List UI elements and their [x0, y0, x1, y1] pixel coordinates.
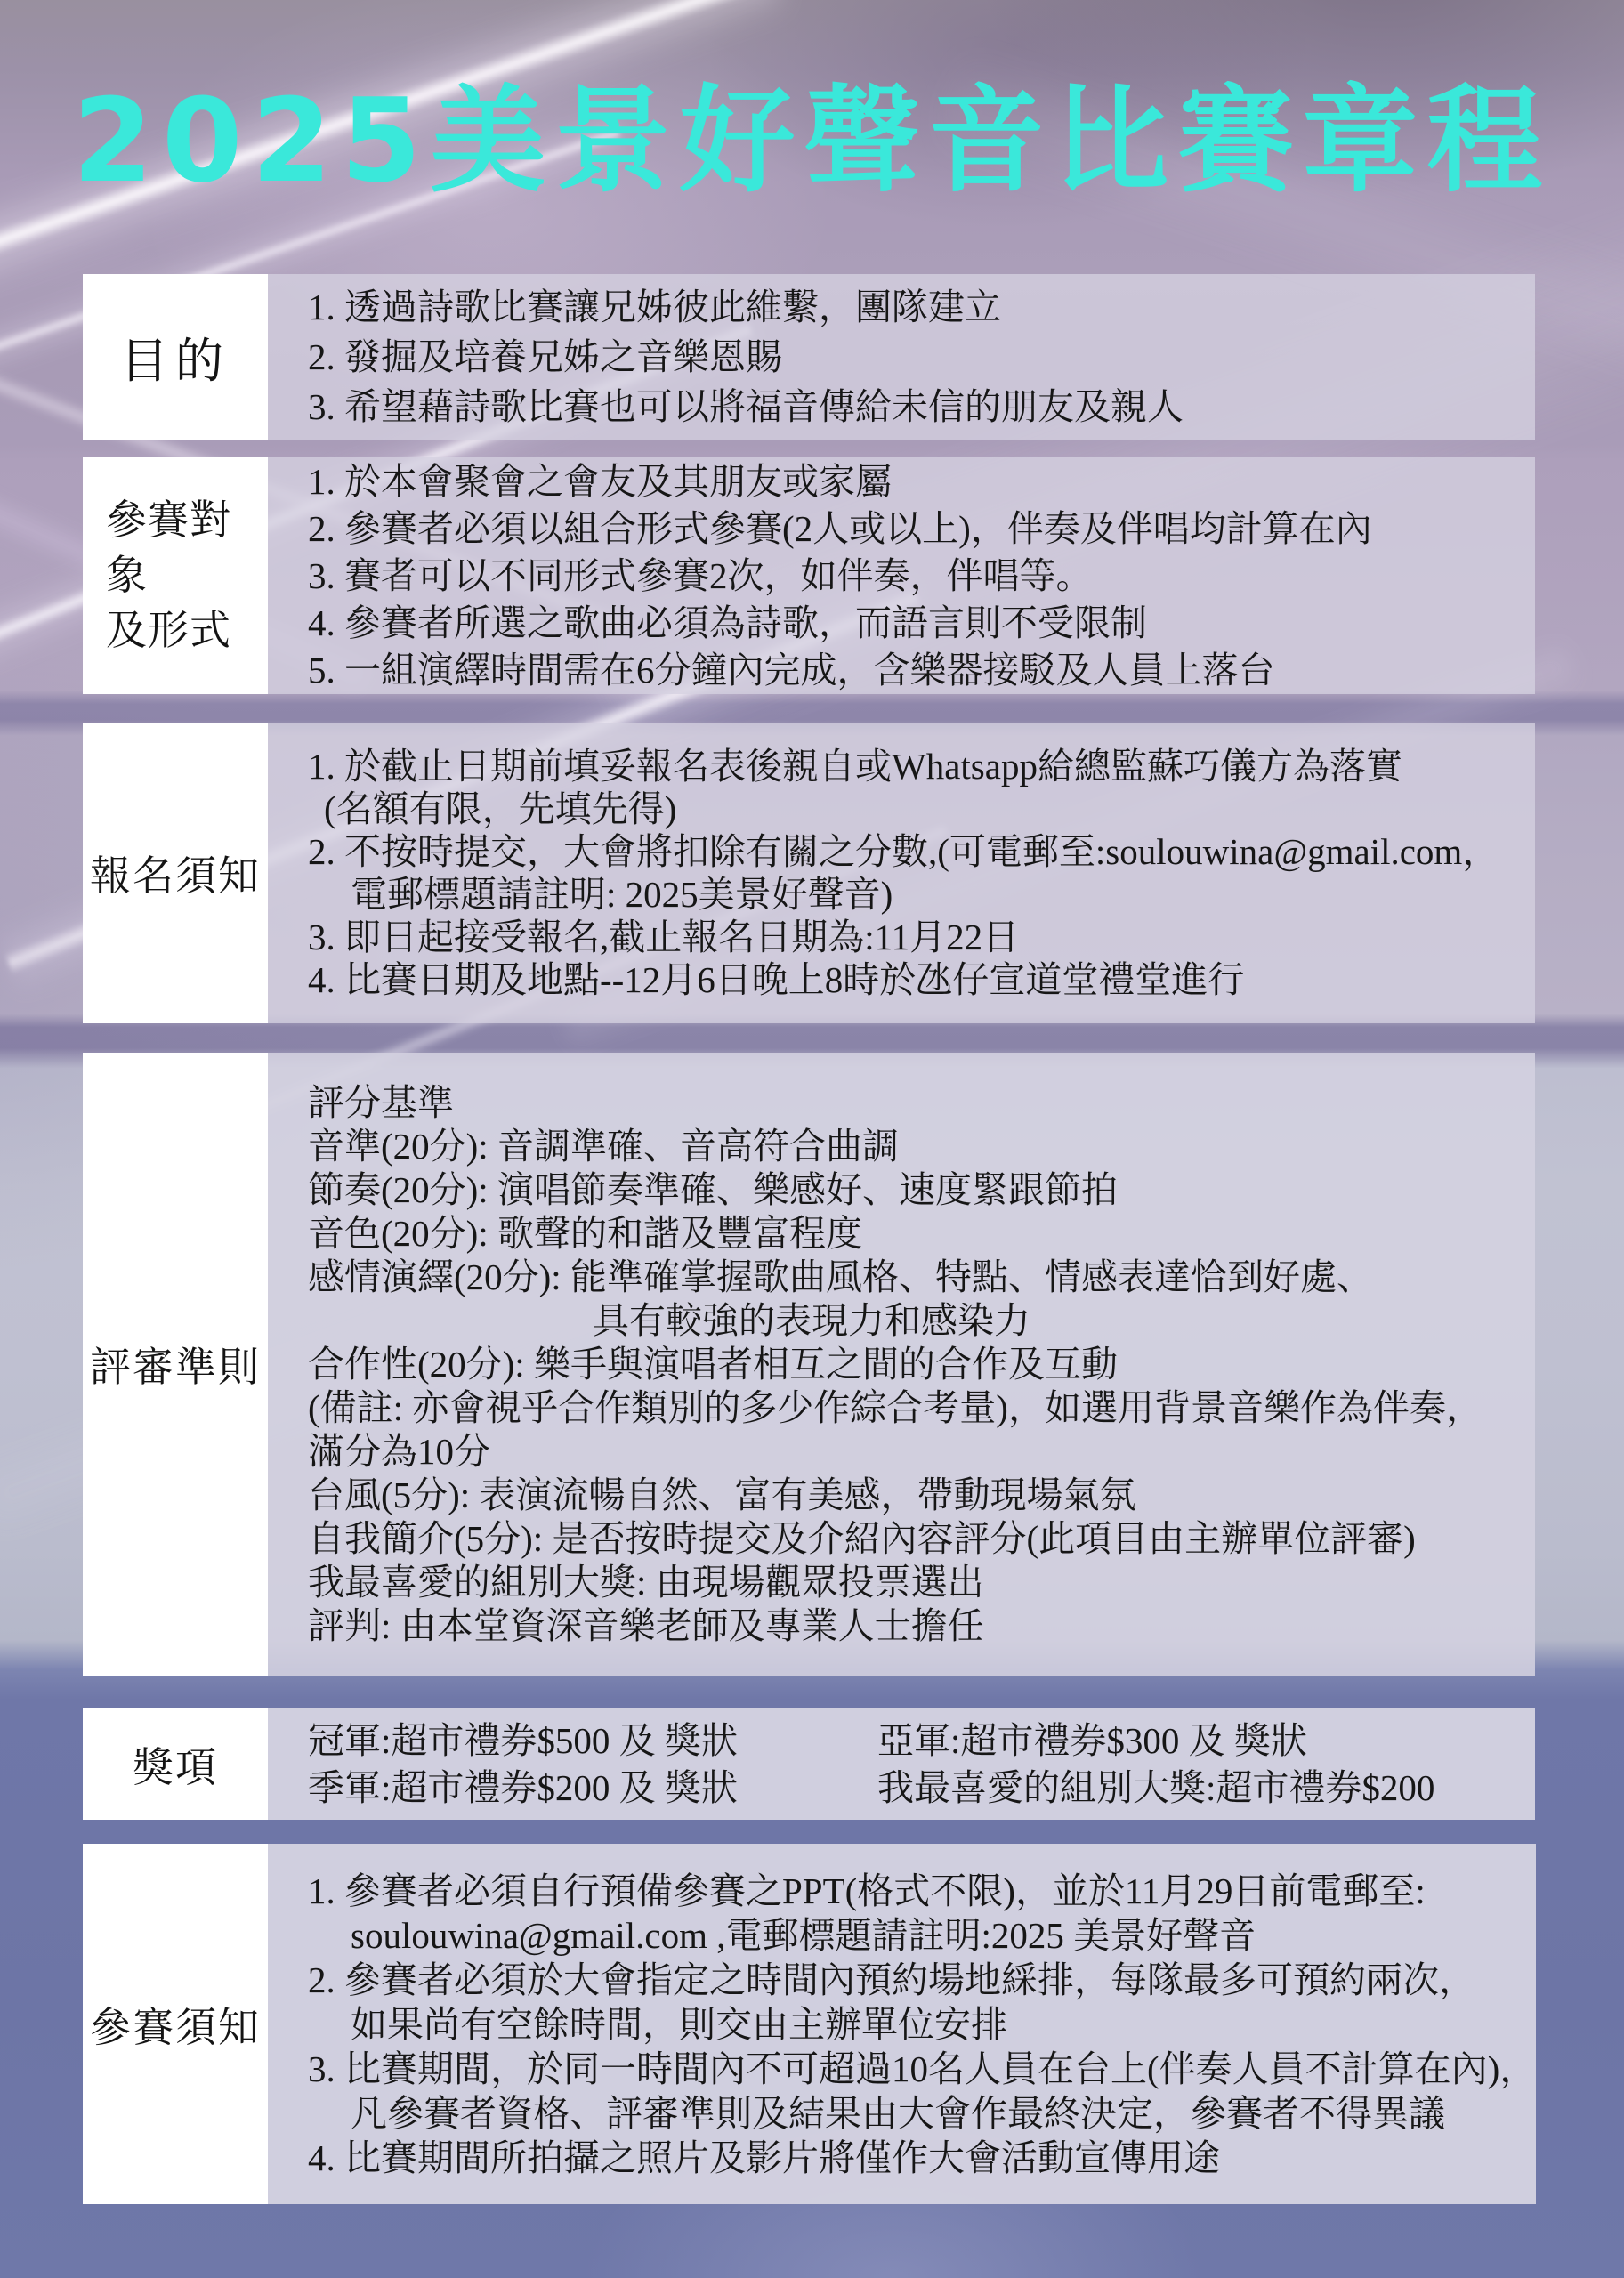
competition-poster: 2025美景好聲音比賽章程 目的 1. 透過詩歌比賽讓兄姊彼此維繫，團隊建立 2…: [0, 0, 1624, 2278]
section-label-notes: 參賽須知: [83, 1844, 268, 2204]
list-item: 凡參賽者資格、評審準則及結果由大會作最終決定，參賽者不得異議: [308, 2091, 1536, 2136]
list-item: 節奏(20分): 演唱節奏準確、樂感好、速度緊跟節拍: [308, 1168, 1535, 1212]
section-content-registration: 1. 於截止日期前填妥報名表後親自或Whatsapp給總監蘇巧儀方為落實 (名額…: [268, 723, 1535, 1023]
section-label-text: 及形式: [83, 603, 231, 658]
list-item: 1. 透過詩歌比賽讓兄姊彼此維繫，團隊建立: [308, 282, 1535, 332]
list-item: 音準(20分): 音調準確、音高符合曲調: [308, 1125, 1535, 1168]
section-content-eligibility: 1. 於本會聚會之會友及其朋友或家屬 2. 參賽者必須以組合形式參賽(2人或以上…: [268, 457, 1535, 694]
section-label-registration: 報名須知: [83, 723, 268, 1023]
list-item: (備註: 亦會視乎合作類別的多少作綜合考量)，如選用背景音樂作為伴奏，: [308, 1386, 1535, 1430]
list-item: (名額有限，先填先得): [308, 788, 1535, 830]
section-label-text: 參賽須知: [90, 1995, 261, 2054]
list-item: 3. 比賽期間，於同一時間內不可超過10名人員在台上(伴奏人員不計算在內)，: [308, 2047, 1536, 2091]
list-item: 2. 參賽者必須於大會指定之時間內預約場地綵排，每隊最多可預約兩次，: [308, 1958, 1536, 2002]
section-eligibility: 參賽對象 及形式 1. 於本會聚會之會友及其朋友或家屬 2. 參賽者必須以組合形…: [83, 457, 1535, 694]
prize-item: 季軍:超市禮券$200 及 獎狀: [308, 1765, 877, 1812]
list-item: 3. 即日起接受報名,截止報名日期為:11月22日: [308, 916, 1535, 958]
section-label-text: 報名須知: [90, 844, 261, 902]
section-label-prizes: 獎項: [83, 1708, 268, 1820]
prize-column-left: 冠軍:超市禮券$500 及 獎狀 季軍:超市禮券$200 及 獎狀: [308, 1708, 877, 1820]
prize-item: 我最喜愛的組別大獎:超市禮券$200: [877, 1765, 1535, 1812]
list-item: 滿分為10分: [308, 1430, 1535, 1474]
list-item: 電郵標題請註明: 2025美景好聲音): [308, 873, 1535, 916]
list-item: 4. 比賽日期及地點--12月6日晚上8時於氹仔宣道堂禮堂進行: [308, 958, 1535, 1001]
list-item: 台風(5分): 表演流暢自然、富有美感，帶動現場氣氛: [308, 1474, 1535, 1517]
section-label-text: 目的: [120, 323, 230, 392]
section-label-judging: 評審準則: [83, 1053, 268, 1676]
section-content-purpose: 1. 透過詩歌比賽讓兄姊彼此維繫，團隊建立 2. 發掘及培養兄姊之音樂恩賜 3.…: [268, 274, 1535, 440]
list-item: 評判: 由本堂資深音樂老師及專業人士擔任: [308, 1604, 1535, 1648]
section-prizes: 獎項 冠軍:超市禮券$500 及 獎狀 季軍:超市禮券$200 及 獎狀 亞軍:…: [83, 1708, 1535, 1820]
list-item: 2. 發掘及培養兄姊之音樂恩賜: [308, 332, 1535, 382]
list-item: 4. 比賽期間所拍攝之照片及影片將僅作大會活動宣傳用途: [308, 2136, 1536, 2180]
list-item: 音色(20分): 歌聲的和諧及豐富程度: [308, 1212, 1535, 1256]
list-item: soulouwina@gmail.com ,電郵標題請註明:2025 美景好聲音: [308, 1913, 1536, 1958]
list-item: 1. 參賽者必須自行預備參賽之PPT(格式不限)，並於11月29日前電郵至:: [308, 1869, 1536, 1913]
section-notes: 參賽須知 1. 參賽者必須自行預備參賽之PPT(格式不限)，並於11月29日前電…: [83, 1844, 1535, 2204]
list-item: 1. 於本會聚會之會友及其朋友或家屬: [308, 458, 1535, 505]
section-label-text: 參賽對象: [83, 493, 268, 603]
list-item: 感情演繹(20分): 能準確掌握歌曲風格、特點、情感表達恰到好處、: [308, 1256, 1535, 1299]
list-item: 3. 希望藉詩歌比賽也可以將福音傳給未信的朋友及親人: [308, 382, 1535, 432]
section-registration: 報名須知 1. 於截止日期前填妥報名表後親自或Whatsapp給總監蘇巧儀方為落…: [83, 723, 1535, 1023]
list-item: 合作性(20分): 樂手與演唱者相互之間的合作及互動: [308, 1343, 1535, 1386]
list-item: 1. 於截止日期前填妥報名表後親自或Whatsapp給總監蘇巧儀方為落實: [308, 745, 1535, 788]
list-item: 4. 參賽者所選之歌曲必須為詩歌，而語言則不受限制: [308, 600, 1535, 647]
list-item: 5. 一組演繹時間需在6分鐘內完成，含樂器接駁及人員上落台: [308, 647, 1535, 694]
section-content-judging: 評分基準 音準(20分): 音調準確、音高符合曲調 節奏(20分): 演唱節奏準…: [268, 1053, 1535, 1676]
list-item: 自我簡介(5分): 是否按時提交及介紹內容評分(此項目由主辦單位評審): [308, 1517, 1535, 1561]
section-label-text: 獎項: [133, 1735, 218, 1794]
list-item: 如果尚有空餘時間，則交由主辦單位安排: [308, 2002, 1536, 2047]
section-label-eligibility: 參賽對象 及形式: [83, 457, 268, 694]
section-content-notes: 1. 參賽者必須自行預備參賽之PPT(格式不限)，並於11月29日前電郵至: s…: [268, 1844, 1536, 2204]
prize-item: 亞軍:超市禮券$300 及 獎狀: [877, 1717, 1535, 1765]
list-item: 具有較強的表現力和感染力: [308, 1299, 1535, 1343]
list-item: 我最喜愛的組別大獎: 由現場觀眾投票選出: [308, 1561, 1535, 1604]
section-label-purpose: 目的: [83, 274, 268, 440]
section-purpose: 目的 1. 透過詩歌比賽讓兄姊彼此維繫，團隊建立 2. 發掘及培養兄姊之音樂恩賜…: [83, 274, 1535, 440]
prize-column-right: 亞軍:超市禮券$300 及 獎狀 我最喜愛的組別大獎:超市禮券$200: [877, 1708, 1535, 1820]
list-item: 3. 賽者可以不同形式參賽2次，如伴奏，伴唱等。: [308, 553, 1535, 600]
list-item: 2. 不按時提交，大會將扣除有關之分數,(可電郵至:soulouwina@gma…: [308, 830, 1535, 873]
section-label-text: 評審準則: [90, 1335, 261, 1393]
page-title: 2025美景好聲音比賽章程: [0, 52, 1624, 230]
section-content-prizes: 冠軍:超市禮券$500 及 獎狀 季軍:超市禮券$200 及 獎狀 亞軍:超市禮…: [268, 1708, 1535, 1820]
list-item: 2. 參賽者必須以組合形式參賽(2人或以上)，伴奏及伴唱均計算在內: [308, 505, 1535, 553]
list-item: 評分基準: [308, 1081, 1535, 1125]
section-judging: 評審準則 評分基準 音準(20分): 音調準確、音高符合曲調 節奏(20分): …: [83, 1053, 1535, 1676]
prize-item: 冠軍:超市禮券$500 及 獎狀: [308, 1717, 877, 1765]
